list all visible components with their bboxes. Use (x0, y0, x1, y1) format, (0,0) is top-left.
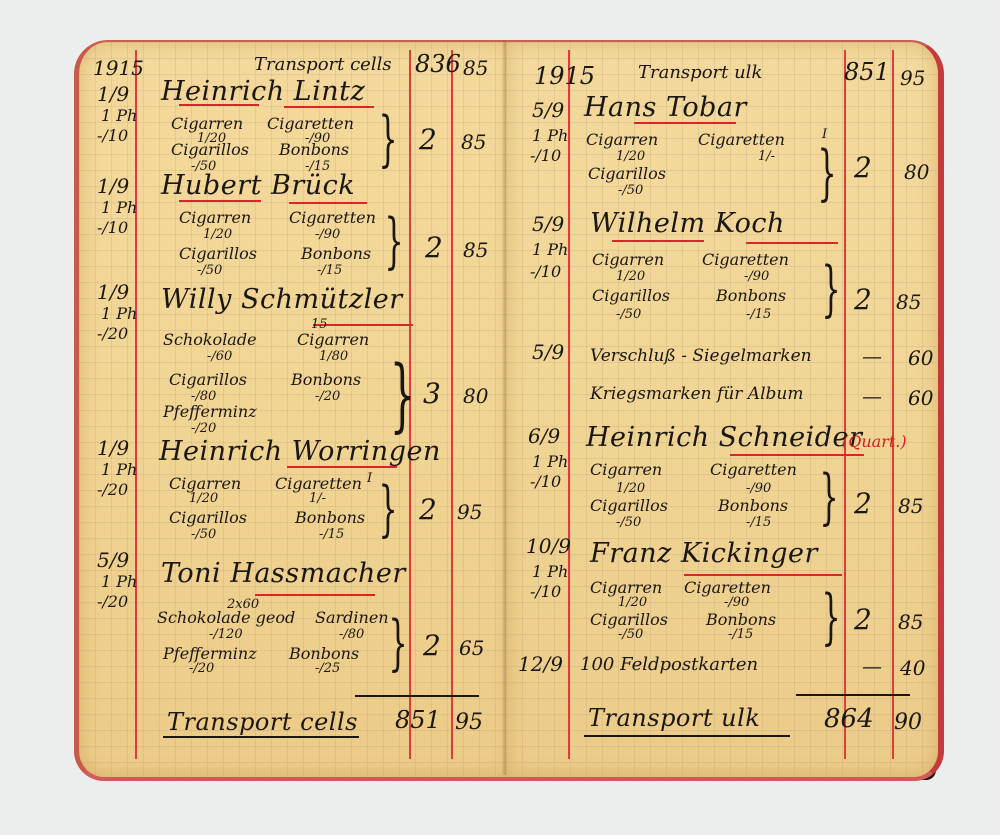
item-price: -/50 (618, 184, 643, 197)
entry-date: 5/9 (97, 550, 129, 570)
item-price: -/20 (191, 422, 216, 435)
entry-pf: 65 (459, 638, 484, 658)
entry-pf: 85 (898, 496, 923, 516)
item-qty: 15 (311, 318, 328, 331)
year: 1915 (93, 58, 144, 78)
carry-out-label: Transport cells (167, 710, 358, 734)
brace-icon: } (385, 206, 404, 276)
sum-line (796, 694, 910, 696)
item-price: -/50 (191, 528, 216, 541)
item-label: Cigarillos (588, 166, 666, 182)
entry-date: 1/9 (97, 176, 129, 196)
brace-icon: } (818, 138, 837, 208)
item-label: Bonbons (295, 510, 365, 526)
entry-name: Hans Tobar (584, 94, 747, 121)
item-label: Bonbons (289, 646, 359, 662)
item-label: Bonbons (291, 372, 361, 388)
item-price: -/50 (616, 308, 641, 321)
carry-out-pf: 95 (455, 712, 483, 734)
item-price: -/15 (317, 264, 342, 277)
entry-pf: 85 (463, 240, 488, 260)
entry-name: 100 Feldpostkarten (580, 656, 758, 674)
name-underline (284, 106, 374, 108)
carry-in-label: Transport ulk (638, 64, 762, 82)
entry-fee: -/20 (97, 326, 128, 342)
entry-marks: 2 (854, 606, 872, 634)
item-label: Schokolade (163, 332, 257, 348)
entry-date: 5/9 (532, 100, 564, 120)
entry-marks: 2 (854, 286, 872, 314)
name-underline (179, 104, 259, 106)
item-label: Cigarren (169, 476, 241, 492)
item-price: 1/20 (616, 270, 645, 283)
entry-pf: 85 (461, 132, 486, 152)
entry-fee: -/20 (97, 482, 128, 498)
marks-column-rule (844, 50, 846, 759)
entry-marks: — (862, 346, 882, 366)
item-label: Bonbons (279, 142, 349, 158)
item-label: Cigarillos (592, 288, 670, 304)
margin-rule (135, 50, 137, 759)
entry-pf: 80 (904, 162, 929, 182)
carry-in-marks: 836 (415, 52, 461, 76)
entry-code: 1 Ph (101, 306, 137, 322)
right-page: 1915 Transport ulk 851 95 5/9 1 Ph -/10 … (506, 40, 944, 781)
entry-date: 5/9 (532, 342, 564, 362)
carry-in-marks: 851 (844, 60, 890, 84)
item-label: Cigaretten (710, 462, 797, 478)
entry-pf: 95 (457, 502, 482, 522)
entry-pf: 60 (908, 388, 933, 408)
entry-code: 1 Ph (101, 108, 137, 124)
item-price: 1/20 (618, 596, 647, 609)
entry-pf: 80 (463, 386, 488, 406)
item-label: Schokolade geod (157, 610, 295, 626)
entry-code: 1 Ph (532, 564, 568, 580)
entry-fee: -/20 (97, 594, 128, 610)
sum-line (355, 695, 479, 697)
entry-note: (Quart.) (842, 434, 907, 450)
item-label: Cigaretten (267, 116, 354, 132)
item-label: Bonbons (301, 246, 371, 262)
item-label: Cigarren (590, 580, 662, 596)
left-page: 1915 Transport cells 836 85 1/9 1 Ph -/1… (74, 40, 511, 781)
brace-icon: } (820, 462, 839, 532)
name-underline (730, 454, 864, 456)
entry-name: Willy Schmützler (161, 286, 403, 313)
item-label: Sardinen (315, 610, 389, 626)
pfennig-column-rule (451, 50, 453, 759)
item-price: 1/20 (203, 228, 232, 241)
item-price: 1/80 (319, 350, 348, 363)
carry-in-pf: 95 (900, 68, 925, 88)
entry-code: 1 Ph (532, 128, 568, 144)
carry-out-marks: 864 (824, 706, 874, 732)
item-label: Cigaretten (698, 132, 785, 148)
item-label: Cigarillos (171, 142, 249, 158)
entry-code: 1 Ph (532, 242, 568, 258)
item-label: Bonbons (716, 288, 786, 304)
brace-icon: } (389, 608, 408, 678)
entry-code: 1 Ph (532, 454, 568, 470)
carry-in-pf: 85 (463, 58, 488, 78)
entry-code: 1 Ph (101, 574, 137, 590)
name-underline (179, 200, 261, 202)
entry-name: Hubert Brück (161, 172, 355, 199)
item-label: Cigarren (590, 462, 662, 478)
entry-name: Verschluß - Siegelmarken (590, 348, 812, 365)
entry-name: Heinrich Schneider (586, 424, 862, 451)
item-price: -/25 (315, 662, 340, 675)
item-price: -/50 (616, 516, 641, 529)
item-label: Cigaretten (289, 210, 376, 226)
item-price: -/20 (315, 390, 340, 403)
carry-out-pf: 90 (894, 712, 922, 734)
brace-icon: } (379, 104, 398, 174)
item-label: Cigaretten (275, 476, 362, 492)
item-label: Cigaretten (702, 252, 789, 268)
entry-code: 1 Ph (101, 200, 137, 216)
brace-icon: } (390, 348, 415, 441)
name-underline (634, 122, 736, 124)
year: 1915 (534, 64, 595, 88)
item-label: Bonbons (706, 612, 776, 628)
brace-icon: } (822, 254, 841, 324)
entry-date: 12/9 (518, 654, 563, 674)
item-label: Cigarillos (169, 372, 247, 388)
entry-date: 1/9 (97, 282, 129, 302)
entry-name: Wilhelm Koch (590, 210, 785, 237)
entry-date: 1/9 (97, 84, 129, 104)
item-label: Cigarren (297, 332, 369, 348)
entry-date: 10/9 (526, 536, 571, 556)
entry-marks: — (862, 656, 882, 676)
item-label: Cigarren (171, 116, 243, 132)
entry-fee: -/10 (530, 584, 561, 600)
entry-fee: -/10 (530, 474, 561, 490)
item-price: -/90 (315, 228, 340, 241)
entry-marks: 2 (423, 632, 441, 660)
item-price: -/60 (207, 350, 232, 363)
entry-pf: 85 (898, 612, 923, 632)
item-price: -/15 (728, 628, 753, 641)
entry-marks: 2 (854, 154, 872, 182)
entry-marks: 2 (854, 490, 872, 518)
brace-icon: } (822, 582, 841, 652)
name-underline (255, 594, 375, 596)
name-underline (612, 240, 704, 242)
entry-marks: 3 (423, 380, 441, 408)
item-label: Cigarillos (169, 510, 247, 526)
pfennig-column-rule (892, 50, 894, 759)
item-label: Bonbons (718, 498, 788, 514)
total-underline (584, 735, 790, 737)
item-price: -/50 (197, 264, 222, 277)
item-label: Cigarren (592, 252, 664, 268)
entry-date: 5/9 (532, 214, 564, 234)
item-price: -/90 (746, 482, 771, 495)
brace-icon: } (379, 474, 398, 544)
entry-marks: 2 (419, 126, 437, 154)
item-price: -/90 (724, 596, 749, 609)
item-label: Cigarillos (590, 498, 668, 514)
item-price: -/15 (746, 308, 771, 321)
entry-name: Kriegsmarken für Album (590, 386, 803, 403)
name-underline (289, 202, 367, 204)
item-price: 1/20 (616, 482, 645, 495)
entry-date: 1/9 (97, 438, 129, 458)
entry-fee: -/10 (97, 220, 128, 236)
entry-marks: — (862, 386, 882, 406)
item-label: Cigarren (586, 132, 658, 148)
entry-name: Heinrich Worringen (159, 438, 441, 465)
entry-name: Franz Kickinger (590, 540, 818, 567)
item-price: -/50 (618, 628, 643, 641)
item-price: -/15 (319, 528, 344, 541)
item-label: Pfefferminz (163, 404, 257, 420)
name-underline (287, 466, 397, 468)
entry-marks: 2 (425, 234, 443, 262)
item-price: -/120 (209, 628, 243, 641)
item-price: -/80 (339, 628, 364, 641)
entry-name: Heinrich Lintz (161, 78, 365, 105)
item-price: 1/20 (616, 150, 645, 163)
item-price: 1/- (309, 492, 326, 505)
entry-fee: -/10 (97, 128, 128, 144)
item-price: -/15 (746, 516, 771, 529)
margin-rule (568, 50, 570, 759)
item-label: Cigaretten (684, 580, 771, 596)
item-mark: I (367, 472, 372, 485)
item-price: -/20 (189, 662, 214, 675)
name-underline (684, 574, 842, 576)
entry-name: Toni Hassmacher (161, 560, 406, 587)
name-underline (313, 324, 413, 326)
entry-pf: 40 (900, 658, 925, 678)
item-label: Pfefferminz (163, 646, 257, 662)
carry-in-label: Transport cells (254, 56, 392, 74)
total-underline (163, 736, 359, 738)
item-label: Cigarillos (590, 612, 668, 628)
entry-fee: -/10 (530, 264, 561, 280)
item-price: 1/- (758, 150, 775, 163)
carry-out-marks: 851 (395, 708, 441, 732)
item-label: Cigarillos (179, 246, 257, 262)
item-price: -/90 (744, 270, 769, 283)
ledger-notebook: 1915 Transport cells 836 85 1/9 1 Ph -/1… (66, 40, 952, 785)
entry-marks: 2 (419, 496, 437, 524)
entry-code: 1 Ph (101, 462, 137, 478)
carry-out-label: Transport ulk (588, 706, 760, 730)
entry-pf: 60 (908, 348, 933, 368)
item-label: Cigarren (179, 210, 251, 226)
name-underline (746, 242, 838, 244)
entry-date: 6/9 (528, 426, 560, 446)
entry-fee: -/10 (530, 148, 561, 164)
entry-pf: 85 (896, 292, 921, 312)
item-price: 1/20 (189, 492, 218, 505)
